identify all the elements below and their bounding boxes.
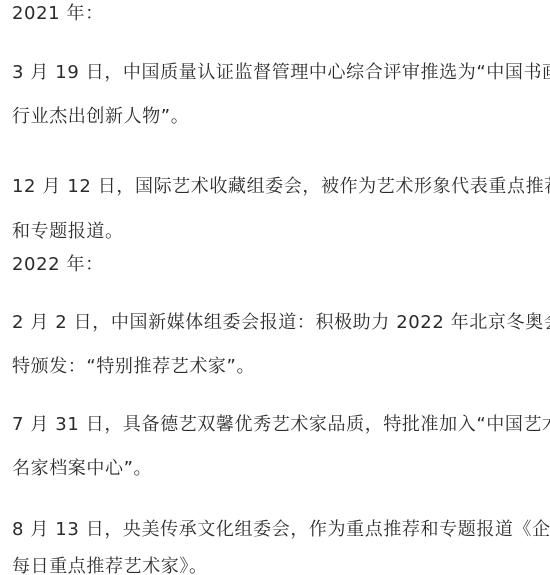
entry-2021-03-19-line-1: 3 月 19 日，中国质量认证监督管理中心综合评审推选为“中国书画 [12,62,550,84]
entry-2022-08-13-line-2: 每日重点推荐艺术家》。 [12,556,208,575]
entry-2022-02-02-line-1: 2 月 2 日，中国新媒体组委会报道：积极助力 2022 年北京冬奥会， [12,312,550,334]
entry-2022-08-13-line-1: 8 月 13 日，央美传承文化组委会，作为重点推荐和专题报道《企业 [12,519,550,541]
entry-2022-02-02-line-2: 特颁发：“特别推荐艺术家”。 [12,356,255,378]
entry-2021-12-12-line-1: 12 月 12 日，国际艺术收藏组委会，被作为艺术形象代表重点推荐 [12,176,550,198]
entry-2021-12-12-line-2: 和专题报道。 [12,221,124,243]
section-heading-2021: 2021 年： [12,3,104,25]
entry-2022-07-31-line-2: 名家档案中心”。 [12,458,152,480]
entry-2021-03-19-line-2: 行业杰出创新人物”。 [12,106,189,128]
entry-2022-07-31-line-1: 7 月 31 日，具备德艺双馨优秀艺术家品质，特批准加入“中国艺术 [12,414,550,436]
section-heading-2022: 2022 年： [12,254,104,276]
